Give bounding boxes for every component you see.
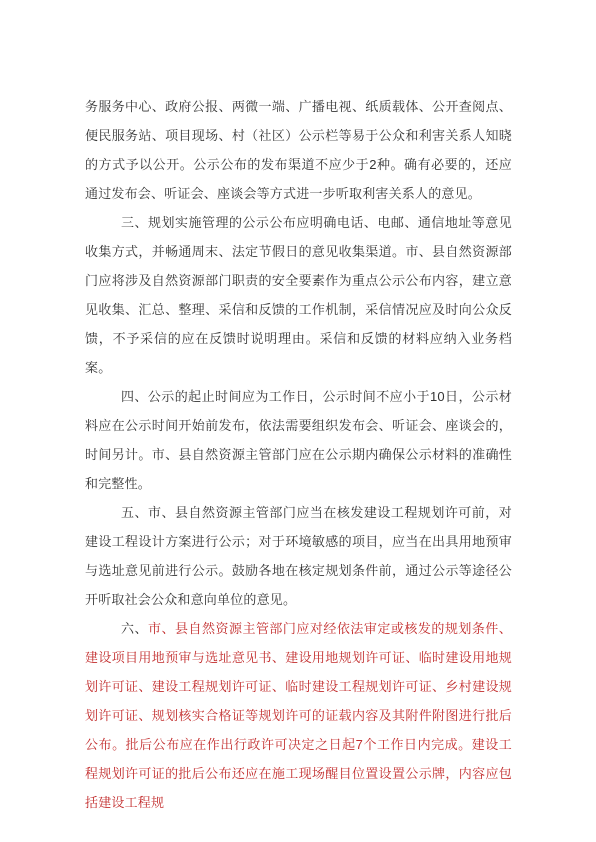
paragraph-item-five: 五、市、县自然资源主管部门应当在核发建设工程规划许可前，对建设工程设计方案进行公… [85,498,512,614]
document-page: 务服务中心、政府公报、两微一端、广播电视、纸质载体、公开查阅点、便民服务站、项目… [85,92,512,817]
paragraph-continuation: 务服务中心、政府公报、两微一端、广播电视、纸质载体、公开查阅点、便民服务站、项目… [85,92,512,208]
paragraph-item-six: 六、市、县自然资源主管部门应对经依法审定或核发的规划条件、建设项目用地预审与选址… [85,614,512,817]
paragraph-six-highlighted-text: 市、县自然资源主管部门应对经依法审定或核发的规划条件、建设项目用地预审与选址意见… [85,621,512,810]
paragraph-item-three: 三、规划实施管理的公示公布应明确电话、电邮、通信地址等意见收集方式，并畅通周末、… [85,208,512,382]
paragraph-six-number: 六、 [121,621,148,636]
paragraph-item-four: 四、公示的起止时间应为工作日，公示时间不应小于10日，公示材料应在公示时间开始前… [85,382,512,498]
